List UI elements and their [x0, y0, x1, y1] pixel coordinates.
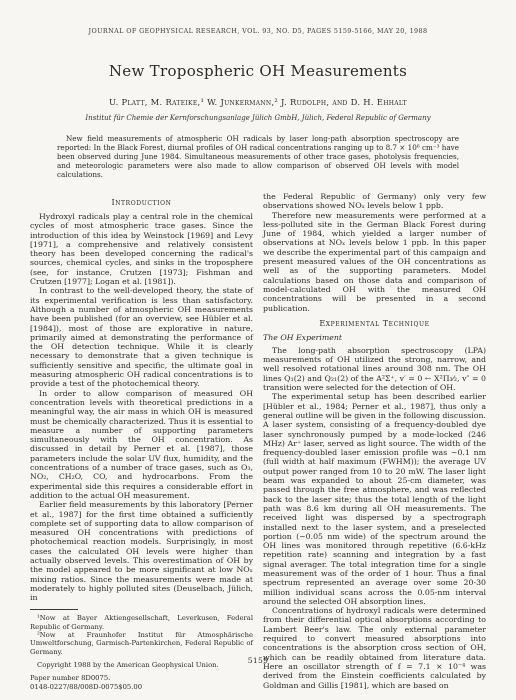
affiliation-line: Institut für Chemie der Kernforschungsan…: [30, 114, 486, 122]
footnote-issn-code: 0148-0227/88/008D-0075$05.00: [30, 683, 253, 691]
concentrations-paragraph: Concentrations of hydroxyl radicals were…: [263, 606, 486, 690]
paper-title: New Tropospheric OH Measurements: [30, 62, 486, 80]
intro-paragraph-4: Earlier field measurements by this labor…: [30, 500, 253, 602]
paper-page: JOURNAL OF GEOPHYSICAL RESEARCH, VOL. 93…: [0, 0, 516, 700]
experimental-technique-heading: Experimental Technique: [263, 319, 486, 328]
intro-paragraph-3: In order to allow comparison of measured…: [30, 389, 253, 501]
new-measurements-paragraph: Therefore new measurements were performe…: [263, 211, 486, 313]
abstract-text: New field measurements of atmospheric OH…: [57, 134, 459, 179]
footnotes-block: ¹Now at Bayer Aktiengesellschaft, Leverk…: [30, 609, 253, 690]
column-right: the Federal Republic of Germany) only ve…: [263, 192, 486, 691]
page-number: 5159: [0, 656, 516, 665]
footnote-affiliation-1: ¹Now at Bayer Aktiengesellschaft, Leverk…: [30, 614, 253, 631]
setup-paragraph: The experimental setup has been describe…: [263, 392, 486, 606]
footnote-affiliation-2: ²Now at Fraunhofer Institut für Atmosphä…: [30, 631, 253, 656]
introduction-heading: Introduction: [30, 198, 253, 207]
journal-header: JOURNAL OF GEOPHYSICAL RESEARCH, VOL. 93…: [30, 27, 486, 35]
two-column-body: Introduction Hydroxyl radicals play a ce…: [30, 192, 486, 691]
oh-experiment-subheading: The OH Experiment: [263, 333, 486, 342]
authors-line: U. Platt, M. Rateike,¹ W. Junkermann,² J…: [30, 97, 486, 107]
footnote-rule: [30, 609, 78, 610]
intro-paragraph-2: In contrast to the well-developed theory…: [30, 286, 253, 388]
footnote-paper-number: Paper number 8D0075.: [30, 674, 253, 682]
intro-paragraph-1: Hydroxyl radicals play a central role in…: [30, 212, 253, 286]
lpa-paragraph: The long-path absorption spectroscopy (L…: [263, 346, 486, 392]
column-left: Introduction Hydroxyl radicals play a ce…: [30, 192, 253, 691]
continuation-paragraph: the Federal Republic of Germany) only ve…: [263, 192, 486, 211]
